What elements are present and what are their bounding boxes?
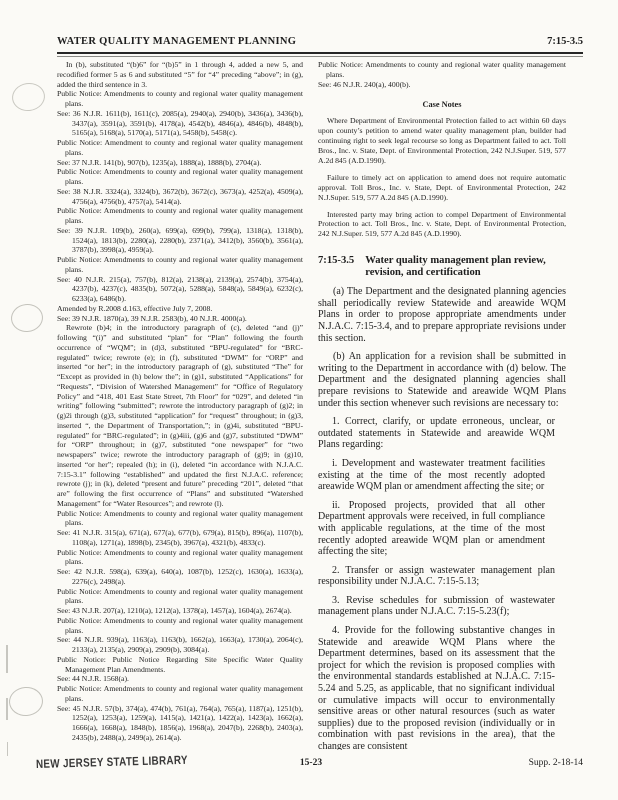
see-citation: See: 41 N.J.R. 315(a), 671(a), 677(a), 6… — [57, 528, 303, 548]
public-notice: Public Notice: Amendments to county and … — [57, 167, 303, 187]
scan-artifact — [6, 645, 8, 673]
see-citation: See: 39 N.J.R. 1870(a), 39 N.J.R. 2583(b… — [57, 314, 303, 324]
public-notice: Public Notice: Amendments to county and … — [57, 206, 303, 226]
public-notice: Public Notice: Amendment to county and r… — [57, 138, 303, 158]
see-citation: See: 37 N.J.R. 141(b), 907(b), 1235(a), … — [57, 158, 303, 168]
list-item: 2. Transfer or assign wastewater managem… — [318, 565, 555, 588]
see-citation: See: 45 N.J.R. 57(b), 374(a), 474(b), 76… — [57, 704, 303, 743]
case-notes-heading: Case Notes — [318, 100, 566, 109]
list-item: 3. Revise schedules for submission of wa… — [318, 595, 555, 618]
hole-punch-icon — [8, 686, 44, 717]
see-citation: See: 38 N.J.R. 3324(a), 3324(b), 3672(b)… — [57, 187, 303, 207]
history-note: Rewrote (b)4; in the introductory paragr… — [57, 323, 303, 508]
supplement-date: Supp. 2-18-14 — [529, 758, 583, 768]
public-notice: Public Notice: Amendments to county and … — [57, 684, 303, 704]
see-citation: See: 36 N.J.R. 1611(b), 1611(c), 2085(a)… — [57, 109, 303, 138]
left-column: In (b), substituted “(b)6” for “(b)5” in… — [57, 60, 303, 760]
list-subitem: i. Development and wastewater treatment … — [318, 458, 545, 493]
page-number: 15-23 — [57, 758, 565, 768]
public-notice: Public Notice: Amendments to county and … — [57, 89, 303, 109]
section-number: 7:15-3.5 — [318, 255, 354, 279]
public-notice: Public Notice: Amendments to county and … — [57, 587, 303, 607]
header-rule-thin — [57, 56, 583, 57]
header-rule — [57, 52, 583, 54]
body-paragraph: (b) An application for a revision shall … — [318, 351, 566, 409]
history-note: In (b), substituted “(b)6” for “(b)5” in… — [57, 60, 303, 89]
public-notice: Public Notice: Amendments to county and … — [318, 60, 566, 80]
public-notice: Public Notice: Amendments to county and … — [57, 548, 303, 568]
see-citation: See: 43 N.J.R. 207(a), 1210(a), 1212(a),… — [57, 606, 303, 616]
document-page: WATER QUALITY MANAGEMENT PLANNING 7:15-3… — [0, 0, 618, 800]
page-footer: NEW JERSEY STATE LIBRARY 15-23 Supp. 2-1… — [0, 753, 618, 783]
amended-note: Amended by R.2008 d.163, effective July … — [57, 304, 303, 314]
list-item: 1. Correct, clarify, or update erroneous… — [318, 416, 555, 451]
body-paragraph: (a) The Department and the designated pl… — [318, 286, 566, 344]
hole-punch-icon — [10, 302, 45, 333]
section-heading: 7:15-3.5 Water quality management plan r… — [318, 255, 566, 279]
see-citation: See: 46 N.J.R. 240(a), 400(b). — [318, 80, 566, 90]
see-citation: See: 40 N.J.R. 215(a), 757(b), 812(a), 2… — [57, 275, 303, 304]
list-item: 4. Provide for the following substantive… — [318, 625, 555, 750]
case-note: Interested party may bring action to com… — [318, 210, 566, 240]
scan-artifact — [6, 698, 8, 720]
see-citation: See: 44 N.J.R. 939(a), 1163(a), 1163(b),… — [57, 635, 303, 655]
right-column: Public Notice: Amendments to county and … — [318, 60, 566, 750]
section-title: Water quality management plan review, re… — [365, 255, 557, 279]
case-note: Failure to timely act on application to … — [318, 173, 566, 203]
running-head-title: WATER QUALITY MANAGEMENT PLANNING — [57, 36, 296, 47]
see-citation: See: 44 N.J.R. 1568(a). — [57, 674, 303, 684]
public-notice: Public Notice: Amendments to county and … — [57, 509, 303, 529]
hole-punch-icon — [10, 81, 47, 113]
public-notice: Public Notice: Public Notice Regarding S… — [57, 655, 303, 675]
running-head-section: 7:15-3.5 — [547, 36, 583, 47]
case-note: Where Department of Environmental Protec… — [318, 116, 566, 166]
public-notice: Public Notice: Amendments to county and … — [57, 616, 303, 636]
public-notice: Public Notice: Amendments to county and … — [57, 255, 303, 275]
page-header: WATER QUALITY MANAGEMENT PLANNING 7:15-3… — [57, 36, 583, 47]
list-subitem: ii. Proposed projects, provided that all… — [318, 500, 545, 558]
see-citation: See: 42 N.J.R. 598(a), 639(a), 640(a), 1… — [57, 567, 303, 587]
see-citation: See: 39 N.J.R. 109(b), 260(a), 699(a), 6… — [57, 226, 303, 255]
